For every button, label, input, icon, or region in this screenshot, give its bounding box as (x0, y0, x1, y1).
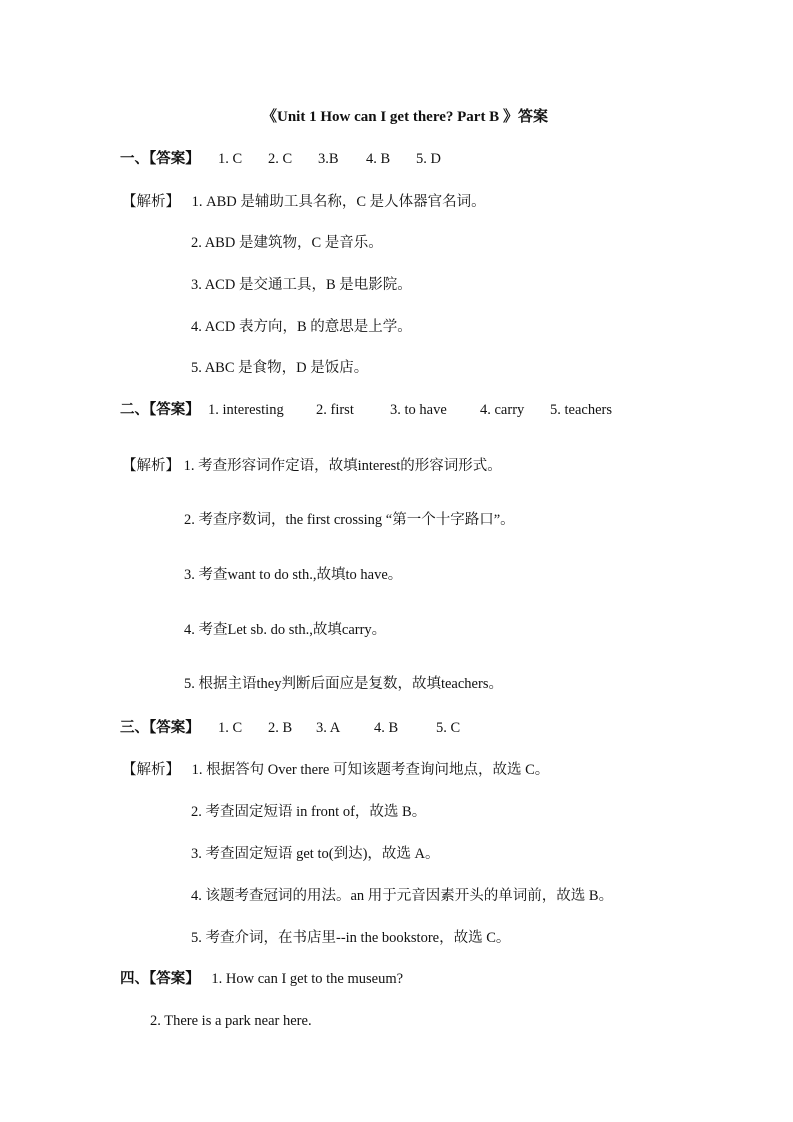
answer-item: 5. teachers (550, 400, 612, 420)
answer-item: 3. A (316, 718, 340, 738)
section-1-label: 一、【答案】 (120, 151, 200, 167)
answer-item: 4. B (366, 149, 390, 169)
section-4-answers: 四、【答案】 1. How can I get to the museum? (120, 969, 403, 989)
answer-item: 1. C (218, 149, 242, 169)
analysis-label: 【解析】 (122, 762, 180, 778)
answer-item: 2. first (316, 400, 354, 420)
answer-item: 2. C (268, 149, 292, 169)
analysis-label: 【解析】 (122, 194, 180, 210)
analysis-text: 1. 根据答句 Over there 可知该题考查询问地点，故选 C。 (192, 762, 550, 778)
answer-item: 3.B (318, 149, 339, 169)
page-title: 《Unit 1 How can I get there? Part B 》答案 (262, 107, 548, 127)
answer-item: 2. B (268, 718, 292, 738)
answer-item: 1. C (218, 718, 242, 738)
answer-item: 3. to have (390, 400, 447, 420)
section-1-answers: 一、【答案】 1. C 2. C 3.B 4. B 5. D (120, 149, 200, 169)
section-4-label: 四、【答案】 (120, 971, 200, 987)
answer-item: 4. B (374, 718, 398, 738)
analysis-text: 2. 考查序数词，the first crossing “第一个十字路口”。 (184, 510, 515, 530)
section-1-analysis-1: 【解析】 1. ABD 是辅助工具名称，C 是人体器官名词。 (122, 192, 486, 212)
section-3-analysis-1: 【解析】 1. 根据答句 Over there 可知该题考查询问地点，故选 C。 (122, 760, 549, 780)
answer-item: 4. carry (480, 400, 524, 420)
answer-item: 1. interesting (208, 400, 284, 420)
answer-item: 5. D (416, 149, 441, 169)
analysis-label: 【解析】 (122, 458, 180, 474)
answer-item: 1. How can I get to the museum? (211, 969, 403, 989)
analysis-text: 5. 根据主语they判断后面应是复数，故填teachers。 (184, 674, 503, 694)
analysis-text: 1. ABD 是辅助工具名称，C 是人体器官名词。 (192, 194, 486, 210)
section-3-label: 三、【答案】 (120, 720, 200, 736)
analysis-text: 2. ABD 是建筑物，C 是音乐。 (191, 233, 383, 253)
answer-item: 5. C (436, 718, 460, 738)
section-2-analysis-1: 【解析】 1. 考查形容词作定语，故填interest的形容词形式。 (122, 456, 502, 476)
section-2-label: 二、【答案】 (120, 402, 200, 418)
analysis-text: 3. 考查want to do sth.,故填to have。 (184, 565, 402, 585)
analysis-text: 5. ABC 是食物，D 是饭店。 (191, 358, 368, 378)
analysis-text: 2. 考查固定短语 in front of，故选 B。 (191, 802, 426, 822)
analysis-text: 4. ACD 表方向，B 的意思是上学。 (191, 317, 412, 337)
analysis-text: 1. 考查形容词作定语，故填interest的形容词形式。 (184, 458, 502, 474)
analysis-text: 4. 该题考查冠词的用法。an 用于元音因素开头的单词前，故选 B。 (191, 886, 613, 906)
answer-item: 2. There is a park near here. (150, 1011, 312, 1031)
section-2-answers: 二、【答案】 1. interesting 2. first 3. to hav… (120, 400, 200, 420)
analysis-text: 5. 考查介词，在书店里--in the bookstore，故选 C。 (191, 928, 510, 948)
analysis-text: 3. 考查固定短语 get to(到达)，故选 A。 (191, 844, 440, 864)
analysis-text: 4. 考查Let sb. do sth.,故填carry。 (184, 620, 386, 640)
section-3-answers: 三、【答案】 1. C 2. B 3. A 4. B 5. C (120, 718, 200, 738)
analysis-text: 3. ACD 是交通工具，B 是电影院。 (191, 275, 412, 295)
